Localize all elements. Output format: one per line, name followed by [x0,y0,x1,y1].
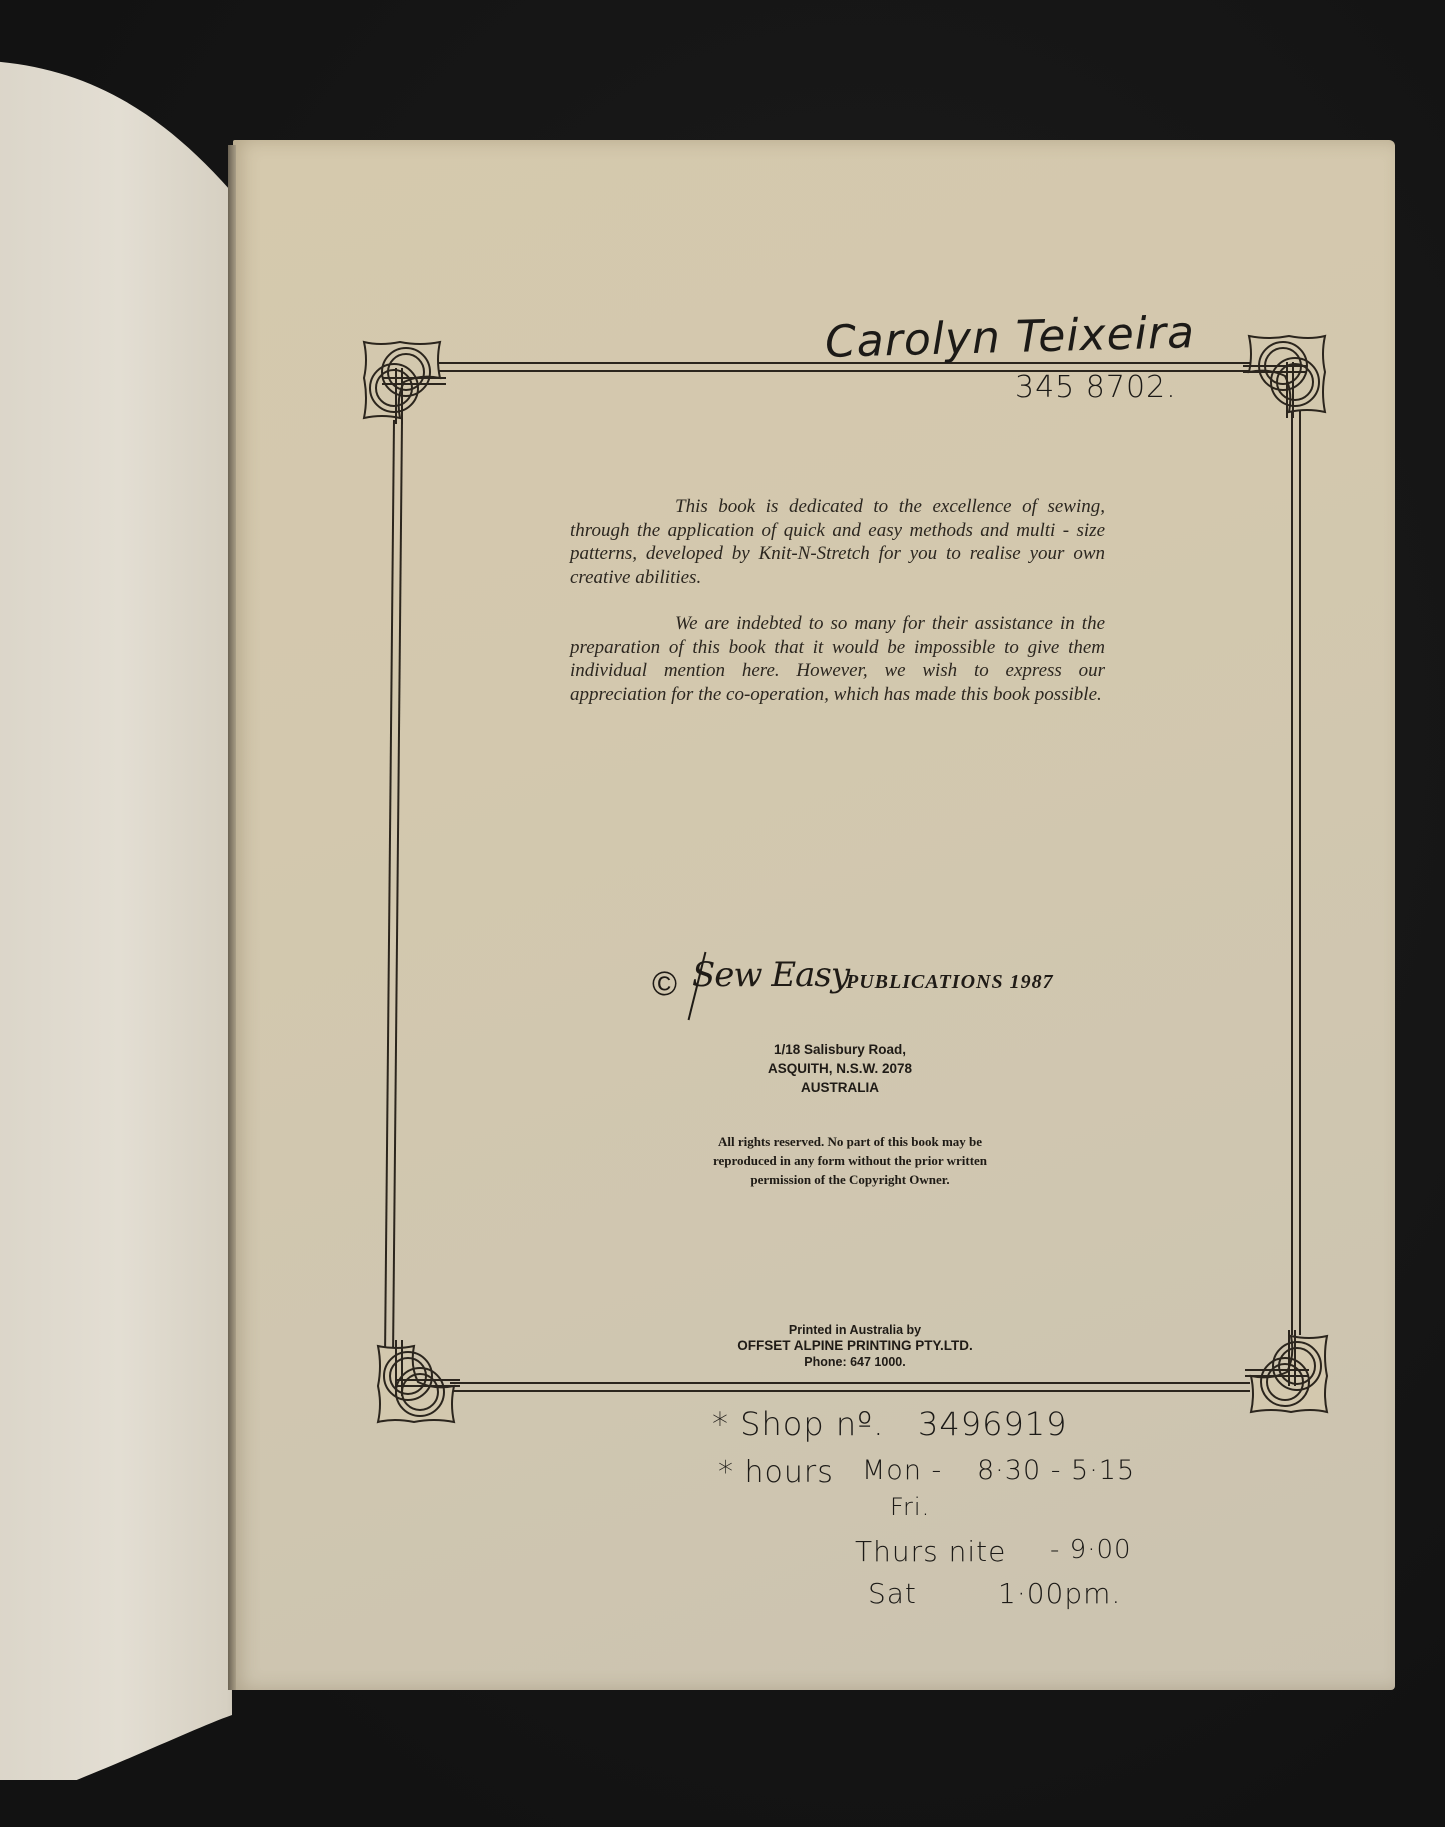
note-shop-label: * Shop nº. [712,1405,884,1443]
printer-line-1: Printed in Australia by [690,1322,1020,1338]
address-line-3: AUSTRALIA [690,1078,990,1097]
dedication-text-2: We are indebted to so many for their ass… [570,613,1105,705]
rights-line-1: All rights reserved. No part of this boo… [660,1132,1040,1151]
dedication-text-1: This book is dedicated to the excellence… [570,496,1105,588]
address-line-1: 1/18 Salisbury Road, [690,1040,990,1059]
printer-line-2: OFFSET ALPINE PRINTING PTY.LTD. [690,1338,1020,1354]
note-weekday-days-2: Fri. [890,1493,930,1521]
book-gutter [228,145,236,1690]
publisher-address: 1/18 Salisbury Road, ASQUITH, N.S.W. 207… [690,1040,990,1097]
address-line-2: ASQUITH, N.S.W. 2078 [690,1059,990,1078]
handwritten-owner-name: Carolyn Teixeira [824,307,1195,368]
celtic-knot-bottom-left-icon [374,1340,460,1426]
handwritten-owner-phone: 345 8702. [1015,370,1177,405]
note-hours-label: * hours [718,1455,834,1490]
copyright-symbol: © [652,965,677,1004]
note-shop-number: 3496919 [918,1405,1068,1443]
sew-easy-logo: Sew Easy [692,955,849,995]
frame-right-line [1291,410,1301,1335]
note-weekday-hours: 8·30 - 5·15 [977,1455,1135,1486]
note-saturday: Sat [868,1577,917,1610]
rights-line-3: permission of the Copyright Owner. [660,1170,1040,1189]
note-thursday-hours: - 9·00 [1050,1535,1132,1565]
copyright-line: © Sew Easy PUBLICATIONS 1987 [652,945,1072,1025]
celtic-knot-top-right-icon [1243,332,1329,418]
printer-info: Printed in Australia by OFFSET ALPINE PR… [690,1322,1020,1370]
dedication-paragraph-2: We are indebted to so many for their ass… [570,612,1105,706]
publisher-name: PUBLICATIONS 1987 [846,971,1054,994]
printer-line-3: Phone: 647 1000. [690,1354,1020,1370]
dedication-paragraph-1: This book is dedicated to the excellence… [570,495,1105,589]
rights-line-2: reproduced in any form without the prior… [660,1151,1040,1170]
rights-notice: All rights reserved. No part of this boo… [660,1132,1040,1189]
celtic-knot-top-left-icon [360,338,446,424]
note-weekday-days: Mon - [862,1455,942,1486]
celtic-knot-bottom-right-icon [1245,1330,1331,1416]
note-saturday-hours: 1·00pm. [998,1577,1121,1610]
frame-bottom-line [450,1382,1250,1392]
left-page [0,40,250,1780]
note-thursday: Thurs nite [855,1535,1006,1568]
